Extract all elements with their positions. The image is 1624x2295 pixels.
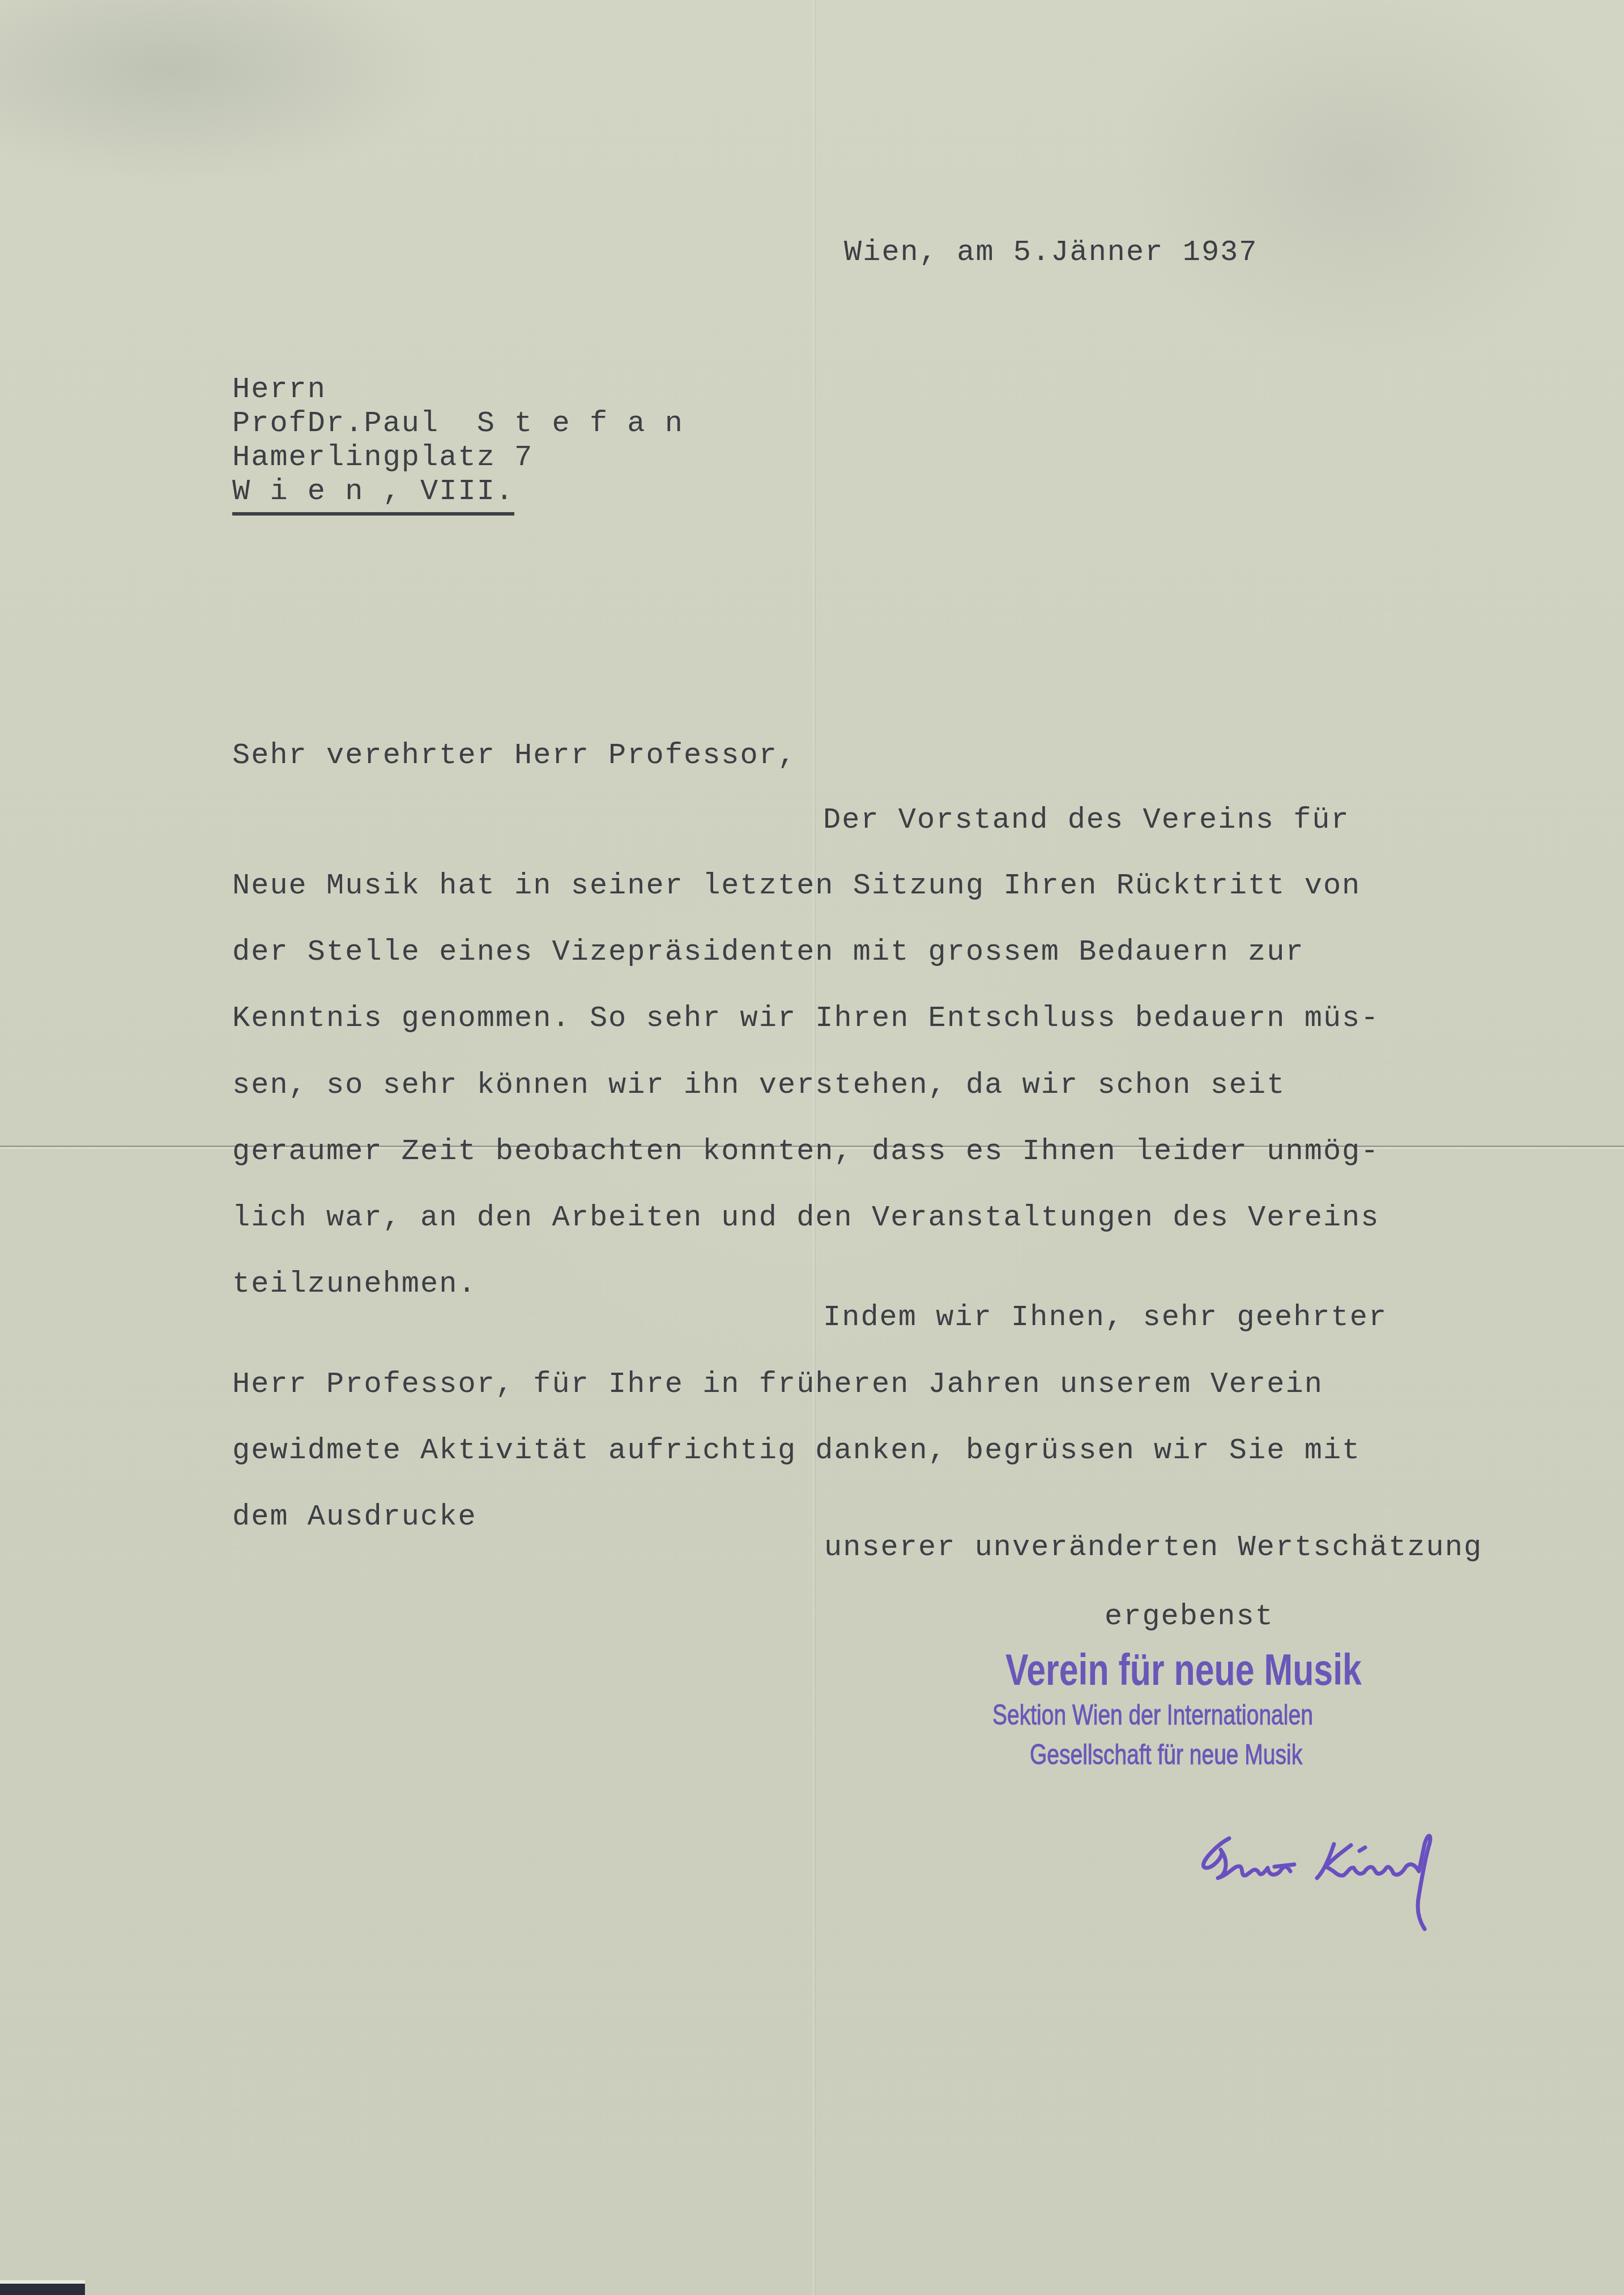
closing-line: unserer unveränderten Wertschätzung [824,1533,1482,1562]
handwritten-signature: Ernst Krenek [1195,1810,1478,1935]
date-line: Wien, am 5.Jänner 1937 [844,238,1258,267]
body-line: Indem wir Ihnen, sehr geehrter [823,1303,1387,1332]
greeting: Sehr verehrter Herr Professor, [232,741,796,770]
body-line: lich war, an den Arbeiten und den Verans… [232,1203,1380,1233]
body-line: sen, so sehr können wir ihn verstehen, d… [232,1071,1285,1100]
stamp-title: Verein für neue Musik [1005,1644,1362,1696]
body-line: geraumer Zeit beobachten konnten, dass e… [232,1137,1380,1166]
body-line: der Stelle eines Vizepräsidenten mit gro… [232,938,1305,967]
body-line: Neue Musik hat in seiner letzten Sitzung… [232,871,1361,901]
letter-paper: Wien, am 5.Jänner 1937 Herrn ProfDr.Paul… [0,0,1624,2295]
body-line: dem Ausdrucke [232,1502,477,1532]
recipient-city: W i e n , VIII. [232,477,514,516]
recipient-salutation: Herrn [232,375,326,405]
body-line: Der Vorstand des Vereins für [823,806,1350,835]
stamp-line-2: Sektion Wien der Internationalen [992,1698,1313,1731]
body-line: teilzunehmen. [232,1270,477,1299]
scan-corner-tab [0,2280,85,2295]
recipient-name: ProfDr.Paul S t e f a n [232,409,684,438]
stamp-line-3: Gesellschaft für neue Musik [1030,1738,1302,1771]
body-line: gewidmete Aktivität aufrichtig danken, b… [232,1436,1361,1466]
body-line: Herr Professor, für Ihre in früheren Jah… [232,1370,1323,1399]
recipient-street: Hamerlingplatz 7 [232,443,533,472]
closing-ergebenst: ergebenst [1105,1602,1274,1632]
body-line: Kenntnis genommen. So sehr wir Ihren Ent… [232,1004,1380,1033]
